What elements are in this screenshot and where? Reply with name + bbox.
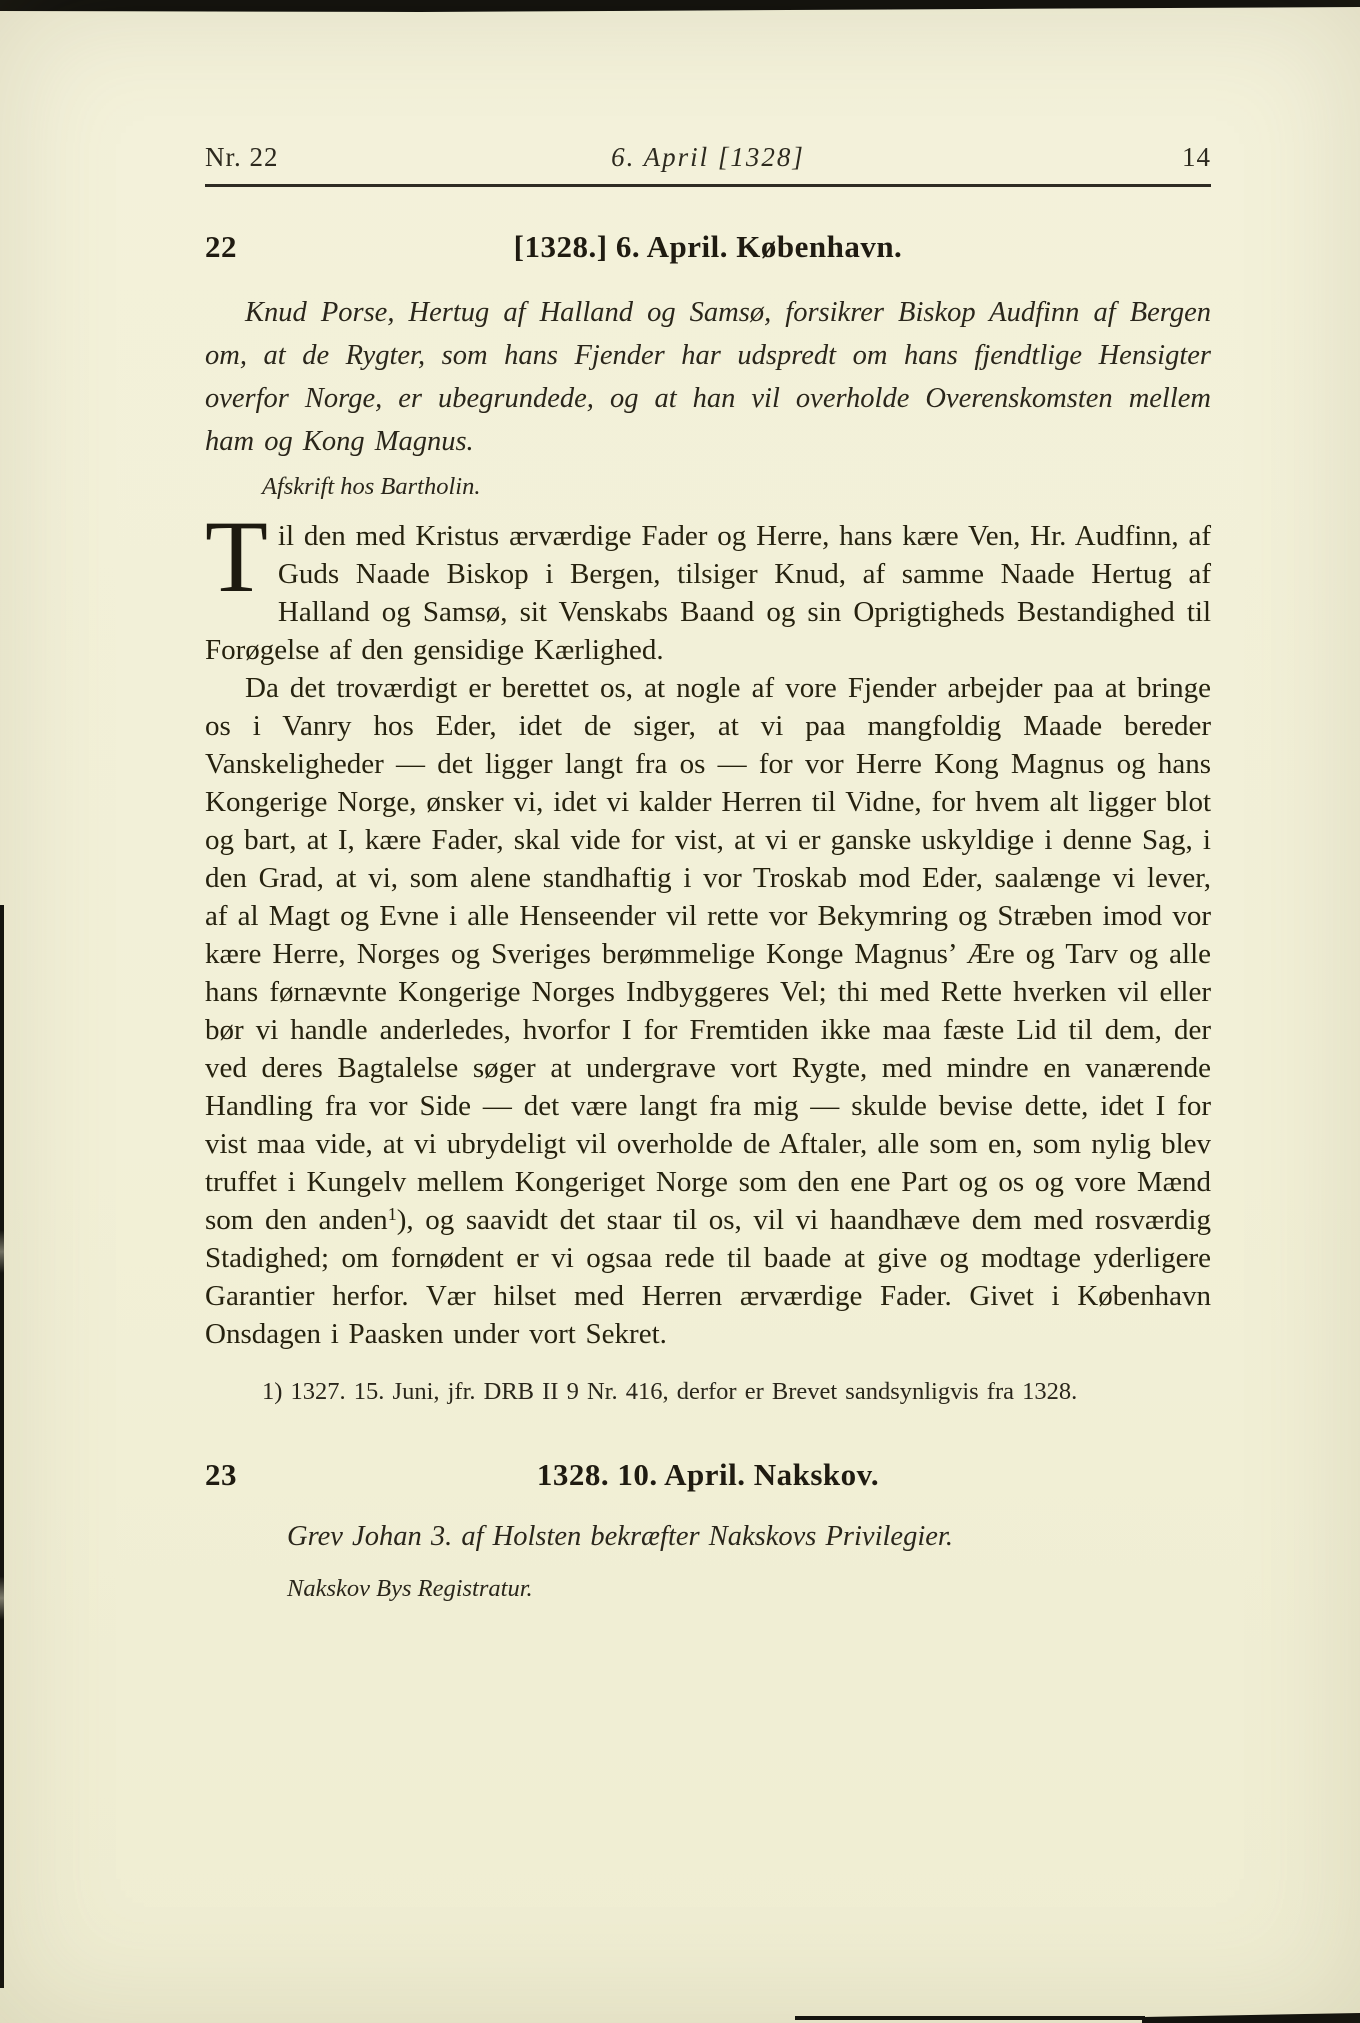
entry-23-summary: Grev Johan 3. af Holsten bekræfter Naksk… <box>287 1521 1211 1553</box>
page-number: 14 <box>960 142 1212 173</box>
entry-23-source: Nakskov Bys Registratur. <box>287 1575 1211 1603</box>
scan-edge-bottom-right-segment <box>1142 2013 1360 2023</box>
entry-23-heading-row: 23 1328. 10. April. Nakskov. <box>205 1457 1211 1493</box>
entry-22-number: 22 <box>205 229 237 265</box>
footnote-reference-marker: 1 <box>388 1204 397 1224</box>
entry-22-paragraph-2: Da det troværdigt er berettet os, at nog… <box>205 669 1211 1353</box>
entry-22-paragraph-1-text: il den med Kristus ærværdige Fader og He… <box>205 520 1211 666</box>
running-head-entry-number: Nr. 22 <box>205 142 457 173</box>
header-rule <box>205 184 1211 187</box>
entry-22-heading: [1328.] 6. April. København. <box>514 229 903 264</box>
entry-22-source: Afskrift hos Bartholin. <box>262 473 1211 501</box>
running-head: Nr. 22 6. April [1328] 14 <box>205 142 1211 173</box>
entry-22-heading-row: 22 [1328.] 6. April. København. <box>205 229 1211 265</box>
entry-23-heading: 1328. 10. April. Nakskov. <box>537 1457 879 1492</box>
entry-22-summary: Knud Porse, Hertug af Halland og Samsø, … <box>205 291 1211 463</box>
running-head-date: 6. April [1328] <box>457 142 960 173</box>
book-page-scan: Nr. 22 6. April [1328] 14 22 [1328.] 6. … <box>0 0 1360 2023</box>
scan-edge-left <box>0 905 4 1988</box>
entry-22-paragraph-1: Til den med Kristus ærværdige Fader og H… <box>205 517 1211 669</box>
scan-edge-bottom-left-segment <box>795 2016 1145 2020</box>
dropcap-letter: T <box>205 517 278 595</box>
text-column: Nr. 22 6. April [1328] 14 22 [1328.] 6. … <box>205 142 1211 1603</box>
scan-edge-top <box>0 0 1360 13</box>
entry-22-paragraph-2-text-a: Da det troværdigt er berettet os, at nog… <box>205 672 1211 1236</box>
entry-22-footnote: 1) 1327. 15. Juni, jfr. DRB II 9 Nr. 416… <box>262 1377 1211 1407</box>
entry-23-number: 23 <box>205 1457 237 1493</box>
